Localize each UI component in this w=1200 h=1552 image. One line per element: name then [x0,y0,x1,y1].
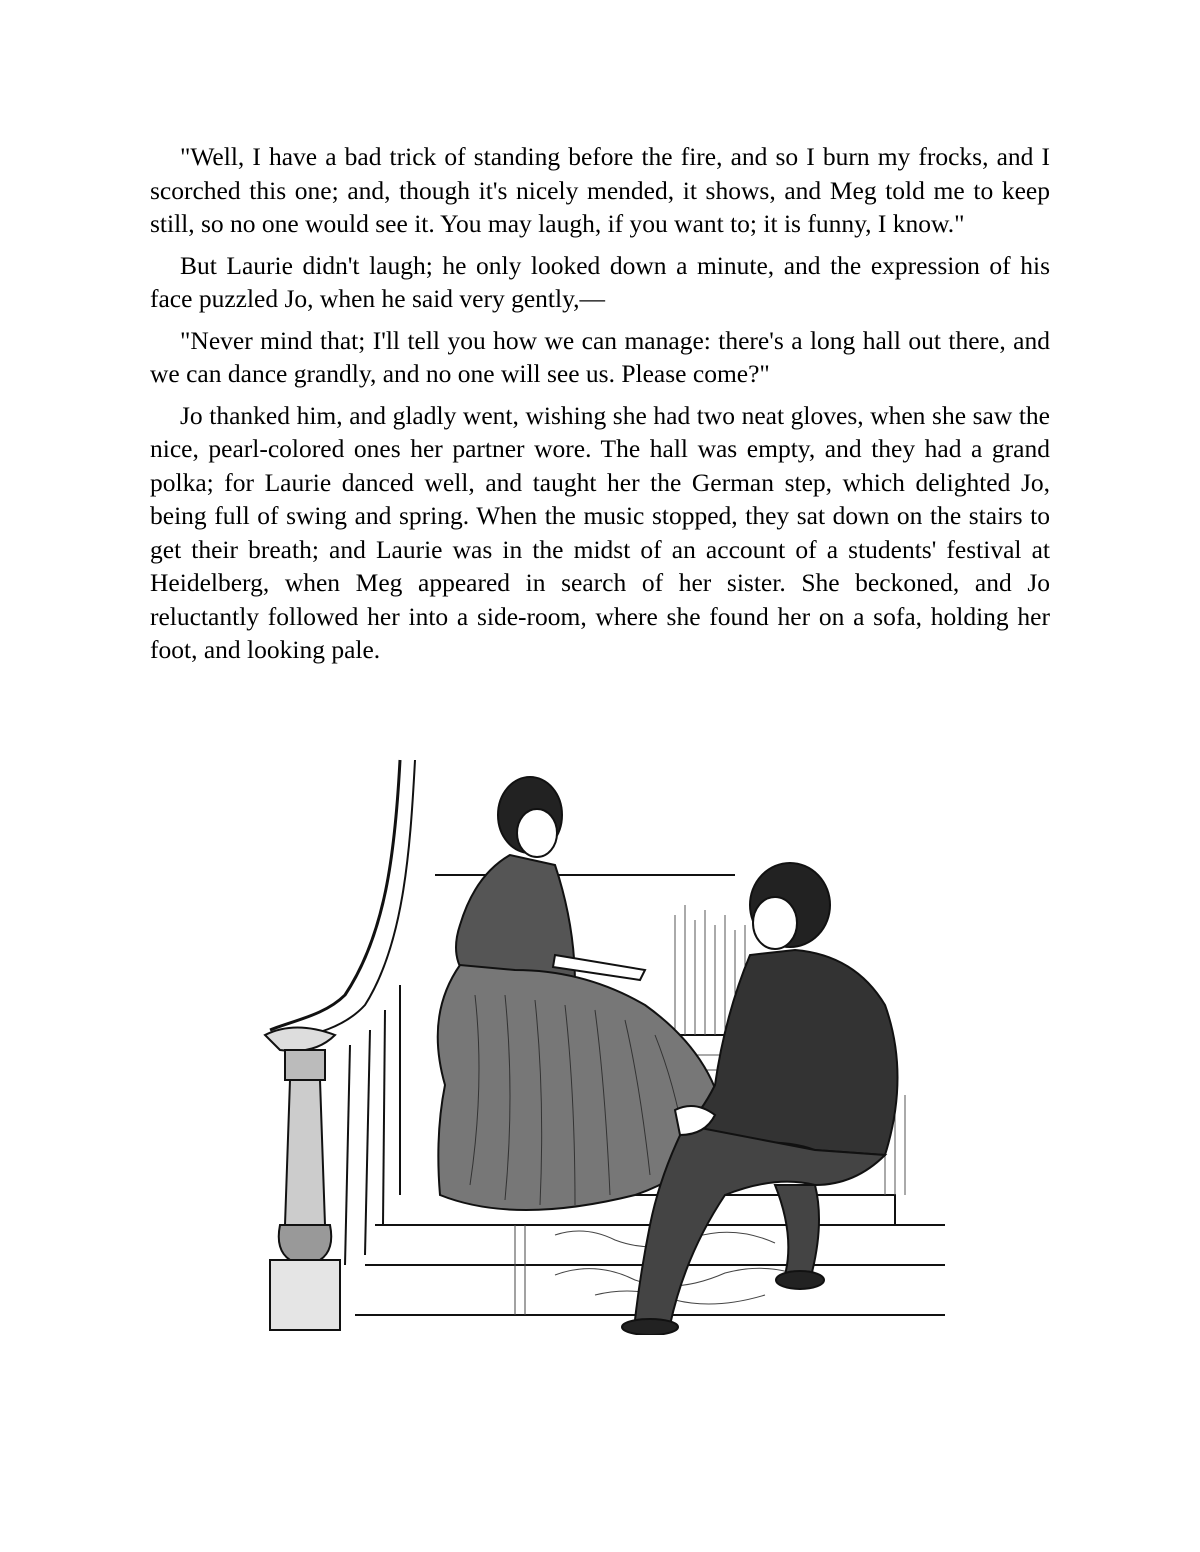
engraving-image [255,755,945,1335]
paragraph-4: Jo thanked him, and gladly went, wishing… [150,399,1050,667]
body-text: "Well, I have a bad trick of standing be… [150,140,1050,675]
paragraph-1: "Well, I have a bad trick of standing be… [150,140,1050,241]
document-page: "Well, I have a bad trick of standing be… [0,0,1200,1552]
staircase-illustration [255,755,945,1335]
paragraph-3: "Never mind that; I'll tell you how we c… [150,324,1050,391]
paragraph-2: But Laurie didn't laugh; he only looked … [150,249,1050,316]
